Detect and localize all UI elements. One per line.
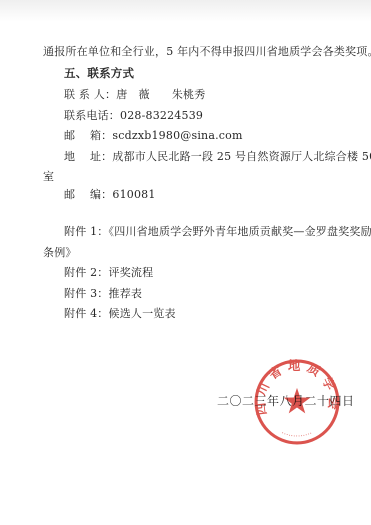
contact-phone-line: 联系电话：028-83224539	[64, 109, 203, 123]
contact-email-line: 邮 箱：scdzxb1980@sina.com	[64, 129, 243, 143]
attachment-1-wrap: 条例》	[43, 246, 77, 260]
attachment-3-line: 附件 3：推荐表	[64, 287, 142, 301]
contact-postcode-line: 邮 编：610081	[64, 188, 156, 202]
contact-address-wrap: 室	[43, 170, 54, 184]
contact-person-line: 联 系 人：唐 薇 朱桃秀	[64, 88, 205, 102]
section-heading: 五、联系方式	[64, 66, 134, 80]
contact-address-line: 地 址：成都市人民北路一段 25 号自然资源厅人北综合楼 508	[64, 150, 371, 164]
attachment-4-line: 附件 4：候选人一览表	[64, 307, 176, 321]
attachment-1-line: 附件 1：《四川省地质学会野外青年地质贡献奖—金罗盘奖奖励	[64, 225, 371, 239]
attachment-2-line: 附件 2：评奖流程	[64, 266, 153, 280]
signature-date: 二〇二三年八月二十四日	[217, 394, 355, 408]
paragraph-continuation: 通报所在单位和全行业，5 年内不得申报四川省地质学会各类奖项。	[43, 45, 371, 59]
svg-text:•••••••••••••: •••••••••••••	[281, 431, 313, 438]
seal-micro-text: •••••••••••••	[281, 431, 313, 438]
document-page: 通报所在单位和全行业，5 年内不得申报四川省地质学会各类奖项。 五、联系方式 联…	[0, 0, 371, 525]
